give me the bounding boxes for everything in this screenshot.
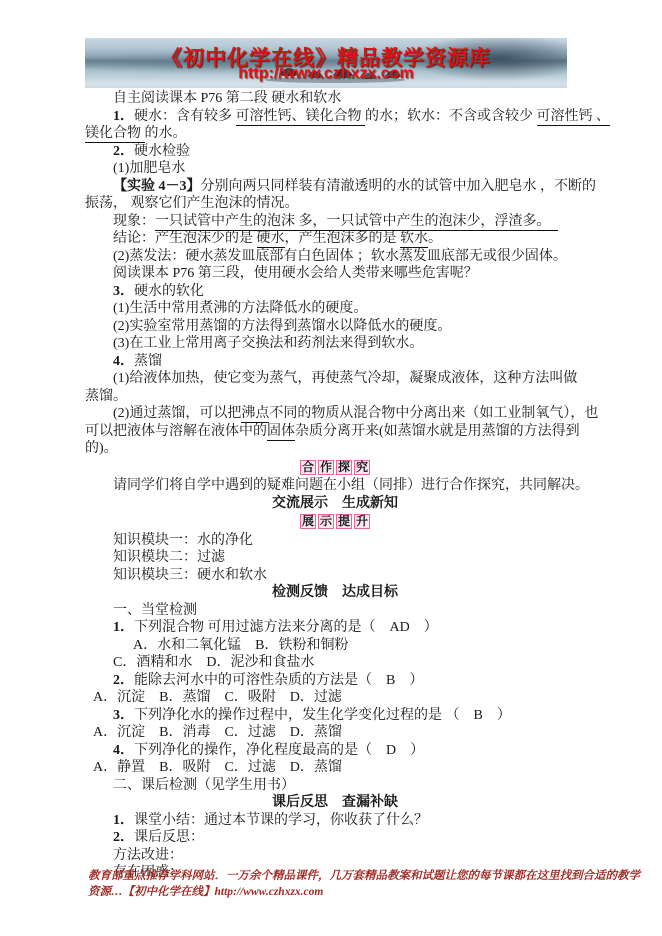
text-line: (2)通过蒸馏，可以把沸点不同的物质从混合物中分离出来（如工业制氧气），也 (85, 405, 585, 423)
text-line: 方法改进： (85, 847, 585, 865)
text-segment: 分别向两只同样装有清澈透明的水的试管中加入肥皂水 ，不断的 (201, 179, 597, 194)
text-segment: 下列净化的操作，净化程度最高的是（ D ） (134, 743, 424, 758)
text-segment: 能除去河水中的可溶性杂质的方法是（ B ） (134, 673, 423, 688)
footer-promo: 教育部重点推荐学科网站．一万余个精品课件，几万套精品教案和试题让您的每节课都在这… (88, 868, 588, 900)
text-line: 3．下列净化水的操作过程中，发生化学变化过程的是 （ B ） (85, 707, 585, 725)
boxed-heading-char: 合 (300, 460, 316, 475)
text-segment: 课后反思 查漏补缺 (272, 795, 398, 810)
underlined-answer-blank: 沸点 (241, 406, 269, 423)
text-segment: 下列净化水的操作过程中，发生化学变化过程的是 （ B ） (134, 708, 511, 723)
text-line: C．酒精和水 D．泥沙和食盐水 (85, 654, 585, 672)
text-segment: 课堂小结：通过本节课的学习，你收获了什么？ (134, 813, 428, 828)
text-segment: 一、当堂检测 (113, 603, 197, 618)
text-segment: 检测反馈 达成目标 (272, 585, 398, 600)
text-segment: 3． (113, 708, 134, 723)
text-segment: A．静置 B．吸附 C．过滤 D．蒸馏 (93, 760, 342, 775)
boxed-heading-char: 作 (318, 460, 334, 475)
text-segment: (1)生活中常用煮沸的方法降低水的硬度。 (113, 301, 367, 316)
decorated-section-heading: 展示提升 (85, 512, 585, 532)
boxed-heading-char: 升 (354, 514, 370, 529)
document-page: 《初中化学在线》精品教学资源库 http://www.czhxzx.com 自主… (0, 0, 662, 936)
text-line: 知识模块一：水的净化 (85, 532, 585, 550)
footer-line-1: 教育部重点推荐学科网站．一万余个精品课件，几万套精品教案和试题让您的每节课都在这… (88, 868, 588, 884)
text-segment: (2)通过蒸馏，可以把 (113, 406, 241, 421)
text-line: 1．下列混合物 可用过滤方法来分离的是（ AD ） (85, 619, 585, 637)
text-line: 检测反馈 达成目标 (85, 584, 585, 602)
text-segment: ，产生泡沫多的是 (285, 231, 401, 246)
text-segment: 阅读课本 P76 第三段，使用硬水会给人类带来哪些危害呢？ (113, 266, 478, 281)
text-line: 可以把液体与溶解在液体中的固体杂质分离开来(如蒸馏水就是用蒸馏的方法得到 (85, 423, 585, 441)
text-line: (2)实验室常用蒸馏的方法得到蒸馏水以降低水的硬度。 (85, 318, 585, 336)
text-segment: 的)。 (85, 441, 118, 456)
text-segment: 1． (113, 620, 134, 635)
underlined-answer-blank: 一只试管中产生的泡沫 多，一只试管中产生的泡沫少，浮渣多。 (155, 214, 558, 231)
text-segment: 方法改进： (113, 848, 183, 863)
decorated-section-heading: 合作探究 (85, 458, 585, 478)
text-segment: 振荡， 观察它们产生泡沫的情况。 (85, 196, 299, 211)
text-line: 蒸馏。 (85, 388, 585, 406)
boxed-heading-char: 示 (318, 514, 334, 529)
text-line: 4．蒸馏 (85, 353, 585, 371)
text-segment: 。 (428, 231, 442, 246)
text-line: 知识模块三：硬水和软水 (85, 567, 585, 585)
text-segment: 现象： (113, 214, 155, 229)
text-line: 知识模块二：过滤 (85, 549, 585, 567)
text-line: 2．硬水检验 (85, 143, 585, 161)
text-line: 自主阅读课本 P76 第二段 硬水和软水 (85, 90, 585, 108)
text-line: 的)。 (85, 440, 585, 458)
text-line: 结论：产生泡沫少的是 硬水，产生泡沫多的是 软水。 (85, 230, 585, 248)
text-segment: (1)给液体加热，使它变为蒸气，再使蒸气冷却，凝聚成液体，这种方法叫做 (113, 371, 577, 386)
text-segment: 硬水：含有较多 (134, 109, 236, 124)
text-line: (1)给液体加热，使它变为蒸气，再使蒸气冷却，凝聚成液体，这种方法叫做 (85, 370, 585, 388)
text-segment: 4． (113, 354, 134, 369)
text-line: (3)在工业上常用离子交换法和药剂法来得到软水。 (85, 335, 585, 353)
text-segment: 课后反思： (134, 830, 204, 845)
text-line: A．静置 B．吸附 C．过滤 D．蒸馏 (85, 759, 585, 777)
text-line: (2)蒸发法：硬水蒸发皿底部有白色固体 ；软水蒸发皿底部无或很少固体。 (85, 248, 585, 266)
text-line: 2．能除去河水中的可溶性杂质的方法是（ B ） (85, 672, 585, 690)
text-line: 镁化合物 的水。 (85, 125, 585, 143)
boxed-heading-char: 究 (354, 460, 370, 475)
text-line: 4．下列净化的操作，净化程度最高的是（ D ） (85, 742, 585, 760)
text-segment: 硬水检验 (134, 144, 190, 159)
text-segment: 硬水的软化 (134, 284, 204, 299)
text-segment: A．沉淀 B．消毒 C．过滤 D．蒸馏 (93, 725, 342, 740)
text-segment: 2． (113, 673, 134, 688)
text-segment: A．水和二氧化锰 B．铁粉和铜粉 (133, 638, 348, 653)
text-segment: 【实验 4－3】 (113, 179, 201, 194)
text-line: 1．课堂小结：通过本节课的学习，你收获了什么？ (85, 812, 585, 830)
text-segment: 下列混合物 可用过滤方法来分离的是（ AD ） (134, 620, 438, 635)
text-segment: 3． (113, 284, 134, 299)
document-body: 自主阅读课本 P76 第二段 硬水和软水1．硬水：含有较多 可溶性钙、镁化合物 … (85, 90, 585, 882)
text-segment: 二、课后检测（见学生用书） (113, 778, 295, 793)
text-segment: 的水。 (145, 126, 187, 141)
underlined-answer-blank: 可溶性钙 、 (537, 109, 611, 126)
text-segment: 请同学们将自学中遇到的疑难问题在小组（同排）进行合作探究，共同解决。 (113, 478, 589, 493)
text-segment: 自主阅读课本 P76 第二段 硬水和软水 (113, 91, 341, 106)
boxed-heading-char: 展 (300, 514, 316, 529)
text-line: 1．硬水：含有较多 可溶性钙、镁化合物 的水；软水：不含或含较少 可溶性钙 、 (85, 108, 585, 126)
underlined-answer-blank: 可溶性钙、镁化合物 (236, 109, 366, 126)
site-banner: 《初中化学在线》精品教学资源库 http://www.czhxzx.com (85, 38, 567, 88)
text-line: (1)生活中常用煮沸的方法降低水的硬度。 (85, 300, 585, 318)
text-line: A．沉淀 B．消毒 C．过滤 D．蒸馏 (85, 724, 585, 742)
text-line: 一、当堂检测 (85, 602, 585, 620)
text-line: 振荡， 观察它们产生泡沫的情况。 (85, 195, 585, 213)
text-segment: 知识模块二：过滤 (113, 550, 225, 565)
text-segment: 蒸馏。 (85, 389, 127, 404)
text-line: A．水和二氧化锰 B．铁粉和铜粉 (85, 637, 585, 655)
underlined-answer-blank: 镁化合物 (85, 126, 145, 143)
text-segment: 结论：产生泡沫少的是 (113, 231, 257, 246)
text-segment: A．沉淀 B．蒸馏 C．吸附 D．过滤 (93, 690, 342, 705)
text-segment: 可以把液体与溶解在液体中的 (85, 424, 267, 439)
text-line: 课后反思 查漏补缺 (85, 794, 585, 812)
text-line: 阅读课本 P76 第三段，使用硬水会给人类带来哪些危害呢？ (85, 265, 585, 283)
text-segment: 2． (113, 830, 134, 845)
text-line: 二、课后检测（见学生用书） (85, 777, 585, 795)
text-segment: C．酒精和水 D．泥沙和食盐水 (113, 655, 314, 670)
text-segment: 的水；软水：不含或含较少 (365, 109, 537, 124)
boxed-heading-char: 提 (336, 514, 352, 529)
text-segment: 2． (113, 144, 134, 159)
text-segment: 1． (113, 813, 134, 828)
text-segment: (2)实验室常用蒸馏的方法得到蒸馏水以降低水的硬度。 (113, 319, 451, 334)
text-segment: (3)在工业上常用离子交换法和药剂法来得到软水。 (113, 336, 423, 351)
text-line: (1)加肥皂水 (85, 160, 585, 178)
underlined-answer-blank: 软水 (400, 231, 428, 248)
text-segment: 杂质分离开来(如蒸馏水就是用蒸馏的方法得到 (295, 424, 580, 439)
text-segment: 知识模块三：硬水和软水 (113, 568, 267, 583)
text-segment: 4． (113, 743, 134, 758)
text-line: 【实验 4－3】分别向两只同样装有清澈透明的水的试管中加入肥皂水 ，不断的 (85, 178, 585, 196)
text-line: 请同学们将自学中遇到的疑难问题在小组（同排）进行合作探究，共同解决。 (85, 477, 585, 495)
text-line: 3．硬水的软化 (85, 283, 585, 301)
text-segment: (2)蒸发法：硬水蒸发皿底部有白色固体 ；软水蒸发皿底部无或很少固体。 (113, 249, 567, 264)
text-segment: 交流展示 生成新知 (272, 496, 398, 511)
boxed-heading-char: 探 (336, 460, 352, 475)
text-line: 交流展示 生成新知 (85, 495, 585, 513)
underlined-answer-blank: 固体 (267, 424, 295, 441)
underlined-answer-blank: 硬水 (257, 231, 285, 248)
text-segment: 1． (113, 109, 134, 124)
text-segment: 不同的物质从混合物中分离出来（如工业制氧气），也 (269, 406, 598, 421)
text-segment: 蒸馏 (134, 354, 162, 369)
footer-line-2: 资源…【初中化学在线】http://www.czhxzx.com (88, 884, 588, 900)
text-line: A．沉淀 B．蒸馏 C．吸附 D．过滤 (85, 689, 585, 707)
text-segment: (1)加肥皂水 (113, 161, 185, 176)
text-line: 2．课后反思： (85, 829, 585, 847)
text-segment: 知识模块一：水的净化 (113, 533, 253, 548)
text-line: 现象：一只试管中产生的泡沫 多，一只试管中产生的泡沫少，浮渣多。 (85, 213, 585, 231)
banner-url-link[interactable]: http://www.czhxzx.com (85, 65, 567, 83)
